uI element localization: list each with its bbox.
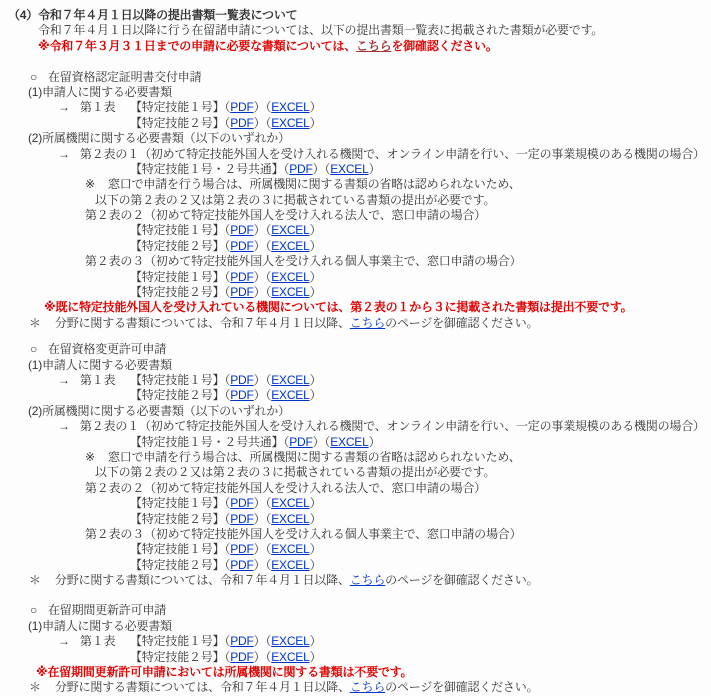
line-column: （4）令和７年４月１日以降の提出書類一覧表について bbox=[8, 8, 297, 23]
table2-1-row: →第２表の１（初めて特定技能外国人を受け入れる機関で、オンライン申請を行い、一定… bbox=[0, 147, 711, 162]
line-column: ※ bbox=[85, 450, 95, 465]
text-run: ）（ bbox=[254, 223, 272, 237]
pdf-link[interactable]: PDF bbox=[289, 435, 312, 449]
pdf-link[interactable]: PDF bbox=[230, 650, 253, 664]
line-column: 【特定技能１号】（PDF）（EXCEL） bbox=[130, 270, 321, 285]
text-run: 【特定技能２号】（ bbox=[130, 650, 230, 664]
text-run: 在留資格変更許可申請 bbox=[48, 342, 166, 356]
text-run: ） bbox=[310, 239, 322, 253]
text-run: 第１表 bbox=[80, 373, 115, 387]
subsection-applicant-documents: (1)申請人に関する必要書類 bbox=[0, 358, 711, 373]
section-title-certificate-application: ○在留資格認定証明書交付申請 bbox=[0, 70, 711, 85]
asterisk-marker: ＊ bbox=[29, 573, 41, 587]
text-run: (1)申請人に関する必要書類 bbox=[28, 358, 172, 372]
arrow-icon: → bbox=[58, 419, 70, 433]
text-run: 第２表の３（初めて特定技能外国人を受け入れる個人事業主で、窓口申請の場合） bbox=[85, 254, 521, 268]
table2-3-files-type1: 【特定技能１号】（PDF）（EXCEL） bbox=[0, 270, 711, 285]
text-run: ）（ bbox=[254, 650, 272, 664]
text-run: (1)申請人に関する必要書類 bbox=[28, 85, 172, 99]
line-column: 【特定技能２号】（PDF）（EXCEL） bbox=[130, 512, 321, 527]
line-column: 第２表の３（初めて特定技能外国人を受け入れる個人事業主で、窓口申請の場合） bbox=[85, 254, 521, 269]
pdf-link[interactable]: PDF bbox=[230, 512, 253, 526]
text-run: ） bbox=[310, 558, 322, 572]
pdf-link[interactable]: PDF bbox=[230, 285, 253, 299]
text-run: ※在留期間更新許可申請においては所属機関に関する書類は不要です。 bbox=[36, 665, 412, 679]
excel-link[interactable]: EXCEL bbox=[271, 373, 309, 387]
arrow-icon: → bbox=[58, 100, 70, 114]
section-title-change-application: ○在留資格変更許可申請 bbox=[0, 342, 711, 357]
note-extension-no-org-documents: ※在留期間更新許可申請においては所属機関に関する書類は不要です。 bbox=[0, 665, 711, 680]
text-run: ） bbox=[310, 512, 322, 526]
text-run: 【特定技能２号】（ bbox=[130, 388, 230, 402]
excel-link[interactable]: EXCEL bbox=[271, 116, 309, 130]
table2-2-files-type1: 【特定技能１号】（PDF）（EXCEL） bbox=[0, 223, 711, 238]
line-column: ＊ bbox=[29, 680, 41, 695]
line-column: 【特定技能１号・２号共通】（PDF）（EXCEL） bbox=[130, 435, 380, 450]
line-column: → bbox=[58, 373, 70, 388]
text-run: (1)申請人に関する必要書類 bbox=[28, 619, 172, 633]
text-run: ）（ bbox=[313, 435, 331, 449]
document-body: （4）令和７年４月１日以降の提出書類一覧表について令和７年４月１日以降に行う在留… bbox=[0, 0, 711, 696]
pdf-link[interactable]: PDF bbox=[230, 496, 253, 510]
subsection-applicant-documents: (1)申請人に関する必要書類 bbox=[0, 85, 711, 100]
line-column: (1)申請人に関する必要書類 bbox=[28, 619, 172, 634]
table1-row-type1: →第１表【特定技能１号】（PDF）（EXCEL） bbox=[0, 634, 711, 649]
text-run: 窓口で申請を行う場合は、所属機関に関する書類の省略は認められないため、 bbox=[108, 177, 521, 191]
arrow-icon: → bbox=[58, 373, 70, 387]
text-run: 【特定技能２号】（ bbox=[130, 285, 230, 299]
text-run: ）（ bbox=[254, 270, 272, 284]
text-run: 第１表 bbox=[80, 634, 115, 648]
line-column: ※ bbox=[85, 177, 95, 192]
note-marker: ※ bbox=[85, 450, 95, 464]
line-column: 【特定技能１号】（PDF）（EXCEL） bbox=[130, 496, 321, 511]
field-documents-note: ＊分野に関する書類については、令和７年４月１日以降、こちらのページを御確認くださ… bbox=[0, 680, 711, 695]
pdf-link[interactable]: PDF bbox=[230, 270, 253, 284]
text-run: のページを御確認ください。 bbox=[385, 573, 538, 587]
pdf-link[interactable]: PDF bbox=[230, 239, 253, 253]
text-run: 【特定技能２号】（ bbox=[130, 512, 230, 526]
line-column: ○ bbox=[30, 603, 37, 618]
line-column: → bbox=[58, 634, 70, 649]
subsection-organization-documents: (2)所属機関に関する必要書類（以下のいずれか） bbox=[0, 131, 711, 146]
text-run: ） bbox=[310, 650, 322, 664]
text-run: ）（ bbox=[254, 558, 272, 572]
text-run: ） bbox=[310, 388, 322, 402]
window-application-note-1: ※窓口で申請を行う場合は、所属機関に関する書類の省略は認められないため、 bbox=[0, 177, 711, 192]
section-title-extension-application: ○在留期間更新許可申請 bbox=[0, 603, 711, 618]
table2-2-files-type2: 【特定技能２号】（PDF）（EXCEL） bbox=[0, 239, 711, 254]
text-run: 【特定技能１号】（ bbox=[130, 223, 230, 237]
text-run: 【特定技能１号】（ bbox=[130, 542, 230, 556]
excel-link[interactable]: EXCEL bbox=[271, 100, 309, 114]
section-marker: ○ bbox=[30, 70, 37, 84]
text-run: ） bbox=[369, 162, 381, 176]
text-run: 【特定技能１号・２号共通】（ bbox=[130, 162, 289, 176]
text-run: （4）令和７年４月１日以降の提出書類一覧表について bbox=[8, 8, 297, 22]
text-run: ）（ bbox=[254, 542, 272, 556]
text-run: を御確認ください。 bbox=[391, 39, 497, 53]
subsection-organization-documents: (2)所属機関に関する必要書類（以下のいずれか） bbox=[0, 404, 711, 419]
text-run: ） bbox=[310, 116, 322, 130]
here-link-red[interactable]: こちら bbox=[356, 39, 391, 53]
text-run: のページを御確認ください。 bbox=[385, 316, 538, 330]
pdf-link[interactable]: PDF bbox=[289, 162, 312, 176]
table1-row-type2: 【特定技能２号】（PDF）（EXCEL） bbox=[0, 116, 711, 131]
table1-row-type2: 【特定技能２号】（PDF）（EXCEL） bbox=[0, 388, 711, 403]
text-run: (2)所属機関に関する必要書類（以下のいずれか） bbox=[28, 131, 290, 145]
pdf-link[interactable]: PDF bbox=[230, 388, 253, 402]
text-run: 【特定技能２号】（ bbox=[130, 239, 230, 253]
line-column: 第２表の１（初めて特定技能外国人を受け入れる機関で、オンライン申請を行い、一定の… bbox=[80, 419, 705, 434]
table1-row-type1: →第１表【特定技能１号】（PDF）（EXCEL） bbox=[0, 100, 711, 115]
excel-link[interactable]: EXCEL bbox=[271, 542, 309, 556]
line-column: ※在留期間更新許可申請においては所属機関に関する書類は不要です。 bbox=[36, 665, 412, 680]
text-run: 以下の第２表の２又は第２表の３に掲載されている書類の提出が必要です。 bbox=[95, 465, 495, 479]
text-run: 令和７年４月１日以降に行う在留諸申請については、以下の提出書類一覧表に掲載された… bbox=[38, 23, 603, 37]
line-column: 【特定技能２号】（PDF）（EXCEL） bbox=[130, 388, 321, 403]
line-column: 第１表 bbox=[80, 634, 115, 649]
line-column: 分野に関する書類については、令和７年４月１日以降、こちらのページを御確認ください… bbox=[55, 316, 538, 331]
line-column: 【特定技能１号】（PDF）（EXCEL） bbox=[130, 373, 321, 388]
pdf-link[interactable]: PDF bbox=[230, 373, 253, 387]
text-run: のページを御確認ください。 bbox=[385, 680, 538, 694]
table2-1-files: 【特定技能１号・２号共通】（PDF）（EXCEL） bbox=[0, 435, 711, 450]
line-column: 第２表の３（初めて特定技能外国人を受け入れる個人事業主で、窓口申請の場合） bbox=[85, 527, 521, 542]
excel-link[interactable]: EXCEL bbox=[271, 239, 309, 253]
line-column: ＊ bbox=[29, 573, 41, 588]
arrow-icon: → bbox=[58, 147, 70, 161]
line-column: 【特定技能１号】（PDF）（EXCEL） bbox=[130, 223, 321, 238]
text-run: 窓口で申請を行う場合は、所属機関に関する書類の省略は認められないため、 bbox=[108, 450, 521, 464]
line-column: 第１表 bbox=[80, 100, 115, 115]
text-run: ）（ bbox=[254, 496, 272, 510]
excel-link[interactable]: EXCEL bbox=[271, 512, 309, 526]
text-run: ※既に特定技能外国人を受け入れている機関については、第２表の１から３に掲載された… bbox=[44, 300, 632, 314]
window-application-note-2: 以下の第２表の２又は第２表の３に掲載されている書類の提出が必要です。 bbox=[0, 465, 711, 480]
line-column: (1)申請人に関する必要書類 bbox=[28, 85, 172, 100]
window-application-note-1: ※窓口で申請を行う場合は、所属機関に関する書類の省略は認められないため、 bbox=[0, 450, 711, 465]
text-run: ）（ bbox=[254, 116, 272, 130]
line-column: 【特定技能１号】（PDF）（EXCEL） bbox=[130, 634, 321, 649]
line-column: (2)所属機関に関する必要書類（以下のいずれか） bbox=[28, 404, 290, 419]
text-run: ）（ bbox=[254, 239, 272, 253]
line-column: 第２表の２（初めて特定技能外国人を受け入れる法人で、窓口申請の場合） bbox=[85, 208, 486, 223]
section-marker: ○ bbox=[30, 342, 37, 356]
line-column: 【特定技能２号】（PDF）（EXCEL） bbox=[130, 558, 321, 573]
text-run: ）（ bbox=[254, 100, 272, 114]
text-run: 第２表の３（初めて特定技能外国人を受け入れる個人事業主で、窓口申請の場合） bbox=[85, 527, 521, 541]
line-column: 以下の第２表の２又は第２表の３に掲載されている書類の提出が必要です。 bbox=[95, 465, 495, 480]
line-column: 第１表 bbox=[80, 373, 115, 388]
text-run: 【特定技能１号】（ bbox=[130, 496, 230, 510]
note-existing-organization: ※既に特定技能外国人を受け入れている機関については、第２表の１から３に掲載された… bbox=[0, 300, 711, 315]
line-column: ○ bbox=[30, 70, 37, 85]
line-column: ○ bbox=[30, 342, 37, 357]
text-run: 第２表の１（初めて特定技能外国人を受け入れる機関で、オンライン申請を行い、一定の… bbox=[80, 419, 705, 433]
excel-link[interactable]: EXCEL bbox=[330, 435, 368, 449]
pdf-link[interactable]: PDF bbox=[230, 634, 253, 648]
field-documents-note: ＊分野に関する書類については、令和７年４月１日以降、こちらのページを御確認くださ… bbox=[0, 573, 711, 588]
line-column: → bbox=[58, 419, 70, 434]
table2-3-row: 第２表の３（初めて特定技能外国人を受け入れる個人事業主で、窓口申請の場合） bbox=[0, 254, 711, 269]
subsection-applicant-documents: (1)申請人に関する必要書類 bbox=[0, 619, 711, 634]
pdf-link[interactable]: PDF bbox=[230, 542, 253, 556]
line-column: 【特定技能２号】（PDF）（EXCEL） bbox=[130, 116, 321, 131]
line-column: 【特定技能２号】（PDF）（EXCEL） bbox=[130, 239, 321, 254]
text-run: 【特定技能１号】（ bbox=[130, 270, 230, 284]
line-column: ＊ bbox=[29, 316, 41, 331]
table1-row-type2: 【特定技能２号】（PDF）（EXCEL） bbox=[0, 650, 711, 665]
line-column: 令和７年４月１日以降に行う在留諸申請については、以下の提出書類一覧表に掲載された… bbox=[38, 23, 603, 38]
table2-3-row: 第２表の３（初めて特定技能外国人を受け入れる個人事業主で、窓口申請の場合） bbox=[0, 527, 711, 542]
line-column: ※令和７年３月３１日までの申請に必要な書類については、こちらを御確認ください。 bbox=[38, 39, 498, 54]
window-application-note-2: 以下の第２表の２又は第２表の３に掲載されている書類の提出が必要です。 bbox=[0, 193, 711, 208]
line-column: 以下の第２表の２又は第２表の３に掲載されている書類の提出が必要です。 bbox=[95, 193, 495, 208]
pdf-link[interactable]: PDF bbox=[230, 100, 253, 114]
text-run: ） bbox=[310, 223, 322, 237]
text-run: 【特定技能１号】（ bbox=[130, 373, 230, 387]
line-column: 在留資格変更許可申請 bbox=[48, 342, 166, 357]
line-column: 第２表の２（初めて特定技能外国人を受け入れる法人で、窓口申請の場合） bbox=[85, 481, 486, 496]
excel-link[interactable]: EXCEL bbox=[271, 650, 309, 664]
text-run: ）（ bbox=[254, 512, 272, 526]
text-run: 分野に関する書類については、令和７年４月１日以降、 bbox=[55, 316, 350, 330]
line-column: 【特定技能１号】（PDF）（EXCEL） bbox=[130, 100, 321, 115]
line-column: 在留期間更新許可申請 bbox=[48, 603, 166, 618]
text-run: 在留期間更新許可申請 bbox=[48, 603, 166, 617]
line-column: 在留資格認定証明書交付申請 bbox=[48, 70, 201, 85]
table2-2-files-type2: 【特定技能２号】（PDF）（EXCEL） bbox=[0, 512, 711, 527]
line-column: 分野に関する書類については、令和７年４月１日以降、こちらのページを御確認ください… bbox=[55, 573, 538, 588]
text-run: 第２表の１（初めて特定技能外国人を受け入れる機関で、オンライン申請を行い、一定の… bbox=[80, 147, 705, 161]
text-run: ） bbox=[369, 435, 381, 449]
line-column: 分野に関する書類については、令和７年４月１日以降、こちらのページを御確認ください… bbox=[55, 680, 538, 695]
line-column: 【特定技能１号】（PDF）（EXCEL） bbox=[130, 542, 321, 557]
line-column: 【特定技能２号】（PDF）（EXCEL） bbox=[130, 650, 321, 665]
text-run: 以下の第２表の２又は第２表の３に掲載されている書類の提出が必要です。 bbox=[95, 193, 495, 207]
here-link[interactable]: こちら bbox=[350, 316, 385, 330]
text-run: ）（ bbox=[254, 388, 272, 402]
excel-link[interactable]: EXCEL bbox=[330, 162, 368, 176]
excel-link[interactable]: EXCEL bbox=[271, 558, 309, 572]
asterisk-marker: ＊ bbox=[29, 680, 41, 694]
excel-link[interactable]: EXCEL bbox=[271, 496, 309, 510]
line-column: ※既に特定技能外国人を受け入れている機関については、第２表の１から３に掲載された… bbox=[44, 300, 632, 315]
line-column: 第２表の１（初めて特定技能外国人を受け入れる機関で、オンライン申請を行い、一定の… bbox=[80, 147, 705, 162]
line-column: (1)申請人に関する必要書類 bbox=[28, 358, 172, 373]
text-run: ）（ bbox=[313, 162, 331, 176]
line-column: → bbox=[58, 100, 70, 115]
text-run: 在留資格認定証明書交付申請 bbox=[48, 70, 201, 84]
text-run: (2)所属機関に関する必要書類（以下のいずれか） bbox=[28, 404, 290, 418]
blank-line bbox=[0, 588, 711, 603]
table1-row-type1: →第１表【特定技能１号】（PDF）（EXCEL） bbox=[0, 373, 711, 388]
table2-1-files: 【特定技能１号・２号共通】（PDF）（EXCEL） bbox=[0, 162, 711, 177]
text-run: 【特定技能１号】（ bbox=[130, 100, 230, 114]
page-heading: （4）令和７年４月１日以降の提出書類一覧表について bbox=[0, 8, 711, 23]
intro-text: 令和７年４月１日以降に行う在留諸申請については、以下の提出書類一覧表に掲載された… bbox=[0, 23, 711, 38]
here-link[interactable]: こちら bbox=[350, 680, 385, 694]
text-run: ） bbox=[310, 634, 322, 648]
note-old-documents: ※令和７年３月３１日までの申請に必要な書類については、こちらを御確認ください。 bbox=[0, 39, 711, 54]
table2-2-row: 第２表の２（初めて特定技能外国人を受け入れる法人で、窓口申請の場合） bbox=[0, 208, 711, 223]
text-run: 第２表の２（初めて特定技能外国人を受け入れる法人で、窓口申請の場合） bbox=[85, 208, 486, 222]
pdf-link[interactable]: PDF bbox=[230, 558, 253, 572]
field-documents-note: ＊分野に関する書類については、令和７年４月１日以降、こちらのページを御確認くださ… bbox=[0, 316, 711, 331]
blank-line bbox=[0, 331, 711, 342]
arrow-icon: → bbox=[58, 634, 70, 648]
table2-2-files-type1: 【特定技能１号】（PDF）（EXCEL） bbox=[0, 496, 711, 511]
excel-link[interactable]: EXCEL bbox=[271, 285, 309, 299]
table2-3-files-type1: 【特定技能１号】（PDF）（EXCEL） bbox=[0, 542, 711, 557]
text-run: 【特定技能１号】（ bbox=[130, 634, 230, 648]
text-run: ※令和７年３月３１日までの申請に必要な書類については、 bbox=[38, 39, 356, 53]
excel-link[interactable]: EXCEL bbox=[271, 388, 309, 402]
text-run: ） bbox=[310, 285, 322, 299]
text-run: 【特定技能２号】（ bbox=[130, 558, 230, 572]
excel-link[interactable]: EXCEL bbox=[271, 634, 309, 648]
text-run: ） bbox=[310, 542, 322, 556]
text-run: ）（ bbox=[254, 634, 272, 648]
pdf-link[interactable]: PDF bbox=[230, 223, 253, 237]
table2-1-row: →第２表の１（初めて特定技能外国人を受け入れる機関で、オンライン申請を行い、一定… bbox=[0, 419, 711, 434]
text-run: 分野に関する書類については、令和７年４月１日以降、 bbox=[55, 680, 350, 694]
pdf-link[interactable]: PDF bbox=[230, 116, 253, 130]
table2-2-row: 第２表の２（初めて特定技能外国人を受け入れる法人で、窓口申請の場合） bbox=[0, 481, 711, 496]
line-column: (2)所属機関に関する必要書類（以下のいずれか） bbox=[28, 131, 290, 146]
text-run: 第２表の２（初めて特定技能外国人を受け入れる法人で、窓口申請の場合） bbox=[85, 481, 486, 495]
section-marker: ○ bbox=[30, 603, 37, 617]
excel-link[interactable]: EXCEL bbox=[271, 223, 309, 237]
asterisk-marker: ＊ bbox=[29, 316, 41, 330]
text-run: 分野に関する書類については、令和７年４月１日以降、 bbox=[55, 573, 350, 587]
table2-3-files-type2: 【特定技能２号】（PDF）（EXCEL） bbox=[0, 285, 711, 300]
text-run: ）（ bbox=[254, 373, 272, 387]
line-column: → bbox=[58, 147, 70, 162]
line-column: 窓口で申請を行う場合は、所属機関に関する書類の省略は認められないため、 bbox=[108, 177, 521, 192]
text-run: ） bbox=[310, 270, 322, 284]
here-link[interactable]: こちら bbox=[350, 573, 385, 587]
text-run: 【特定技能２号】（ bbox=[130, 116, 230, 130]
note-marker: ※ bbox=[85, 177, 95, 191]
text-run: 【特定技能１号・２号共通】（ bbox=[130, 435, 289, 449]
excel-link[interactable]: EXCEL bbox=[271, 270, 309, 284]
line-column: 【特定技能２号】（PDF）（EXCEL） bbox=[130, 285, 321, 300]
line-column: 窓口で申請を行う場合は、所属機関に関する書類の省略は認められないため、 bbox=[108, 450, 521, 465]
table2-3-files-type2: 【特定技能２号】（PDF）（EXCEL） bbox=[0, 558, 711, 573]
text-run: 第１表 bbox=[80, 100, 115, 114]
text-run: ） bbox=[310, 100, 322, 114]
text-run: ） bbox=[310, 496, 322, 510]
text-run: ）（ bbox=[254, 285, 272, 299]
line-column: 【特定技能１号・２号共通】（PDF）（EXCEL） bbox=[130, 162, 380, 177]
text-run: ） bbox=[310, 373, 322, 387]
blank-line bbox=[0, 54, 711, 69]
